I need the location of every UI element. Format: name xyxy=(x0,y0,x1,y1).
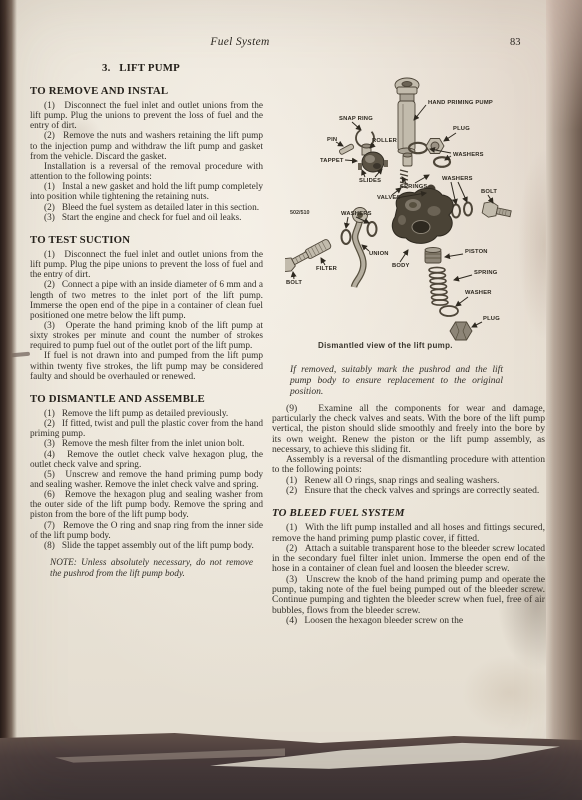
paragraph: (1) Disconnect the fuel inlet and outlet… xyxy=(30,250,263,280)
paragraph: (2) Connect a pipe with an inside diamet… xyxy=(30,280,263,321)
paragraph: (3) Remove the mesh filter from the inle… xyxy=(30,439,263,449)
paragraph: (4) Loosen the hexagon bleeder screw on … xyxy=(272,616,545,626)
stain xyxy=(462,655,557,730)
part-o-ring xyxy=(464,203,472,216)
paragraph: (8) Slide the tappet assembly out of the… xyxy=(30,541,263,551)
paragraph: (3) Start the engine and check for fuel … xyxy=(30,213,263,223)
part-check-valve xyxy=(403,153,412,166)
part-spring xyxy=(429,267,448,305)
book-page-edge-highlight xyxy=(546,0,582,130)
paragraph: (2) Ensure that the check valves and spr… xyxy=(272,486,545,496)
paragraph: If fuel is not drawn into and pumped fro… xyxy=(30,351,263,381)
part-washer-ring xyxy=(342,230,351,244)
lift-pump-exploded-diagram: HAND PRIMING PUMP SNAP RING PIN ROLLER P… xyxy=(285,60,550,360)
heading-bleed-fuel-system: TO BLEED FUEL SYSTEM xyxy=(272,507,545,519)
diagram-label-filter: FILTER xyxy=(316,266,338,272)
section-title: 3. LIFT PUMP xyxy=(102,62,263,74)
diagram-label-plug-top: PLUG xyxy=(453,126,470,132)
part-washer-ring xyxy=(368,222,377,236)
diagram-label-roller: ROLLER xyxy=(372,138,398,144)
page-number: 83 xyxy=(510,37,521,48)
diagram-label-piston: PISTON xyxy=(465,249,488,255)
diagram-label-plug-bottom: PLUG xyxy=(483,316,500,322)
note-italic: If removed, suitably mark the pushrod an… xyxy=(290,364,503,398)
diagram-label-hand-priming-pump: HAND PRIMING PUMP xyxy=(428,100,493,106)
right-column: If removed, suitably mark the pushrod an… xyxy=(272,364,545,626)
paragraph: Assembly is a reversal of the dismantlin… xyxy=(272,455,545,476)
diagram-label-slides: SLIDES xyxy=(359,178,381,184)
diagram-label-valves: VALVES xyxy=(377,195,401,201)
note-italic: NOTE: Unless absolutely necessary, do no… xyxy=(50,558,253,580)
left-column: 3. LIFT PUMP TO REMOVE AND INSTAL (1) Di… xyxy=(30,62,263,580)
part-piston xyxy=(425,248,441,264)
paragraph: (3) Operate the hand priming knob of the… xyxy=(30,321,263,351)
diagram-label-washers-center: WASHERS xyxy=(453,152,484,158)
part-plug-bottom xyxy=(450,322,472,340)
diagram-label-snap-ring: SNAP RING xyxy=(339,116,373,122)
diagram-caption: Dismantled view of the lift pump. xyxy=(318,341,453,350)
heading-test-suction: TO TEST SUCTION xyxy=(30,234,263,246)
paragraph: (6) Remove the hexagon plug and sealing … xyxy=(30,490,263,520)
paragraph: (1) With the lift pump installed and all… xyxy=(272,523,545,544)
part-washer-bottom xyxy=(440,306,458,316)
heading-remove-instal: TO REMOVE AND INSTAL xyxy=(30,85,263,97)
book-spine-edge xyxy=(0,0,17,740)
paragraph: (1) Remove the lift pump as detailed pre… xyxy=(30,409,263,419)
paragraph: (1) Instal a new gasket and hold the lif… xyxy=(30,182,263,202)
paragraph: (2) If fitted, twist and pull the plasti… xyxy=(30,419,263,439)
diagram-label-bolt-left: BOLT xyxy=(286,280,302,286)
paragraph: (2) Attach a suitable transparent hose t… xyxy=(272,544,545,575)
diagram-label-union: UNION xyxy=(369,251,389,257)
part-tappet xyxy=(362,152,384,172)
diagram-label-washers-right: WASHERS xyxy=(442,176,473,182)
scanned-manual-page: Fuel System 83 3. LIFT PUMP TO REMOVE AN… xyxy=(0,0,582,800)
diagram-label-washer: WASHER xyxy=(465,290,492,296)
paragraph: (3) Unscrew the knob of the hand priming… xyxy=(272,575,545,616)
diagram-label-spring: SPRING xyxy=(474,270,498,276)
diagram-label-bolt-right: BOLT xyxy=(481,189,497,195)
paragraph: (4) Remove the outlet check valve hexago… xyxy=(30,450,263,470)
paragraph: (5) Unscrew and remove the hand priming … xyxy=(30,470,263,490)
diagram-label-pin: PIN xyxy=(327,137,337,143)
part-bolt-right xyxy=(482,200,513,221)
diagram-label-tappet: TAPPET xyxy=(320,158,344,164)
paragraph: (1) Disconnect the fuel inlet and outlet… xyxy=(30,101,263,131)
paragraph: Installation is a reversal of the remova… xyxy=(30,162,263,182)
paragraph: (9) Examine all the components for wear … xyxy=(272,404,545,455)
paragraph: (7) Remove the O ring and snap ring from… xyxy=(30,521,263,541)
paragraph: (2) Remove the nuts and washers retainin… xyxy=(30,131,263,161)
diagram-label-springs: SPRINGS xyxy=(400,184,428,190)
diagram-figure-code: 502/510 xyxy=(290,210,310,216)
heading-dismantle-assemble: TO DISMANTLE AND ASSEMBLE xyxy=(30,393,263,405)
page-header-title: Fuel System xyxy=(150,36,330,48)
diagram-label-washers-left: WASHERS xyxy=(341,211,372,217)
diagram-label-body: BODY xyxy=(392,263,410,269)
paragraph: (2) Bleed the fuel system as detailed la… xyxy=(30,203,263,213)
